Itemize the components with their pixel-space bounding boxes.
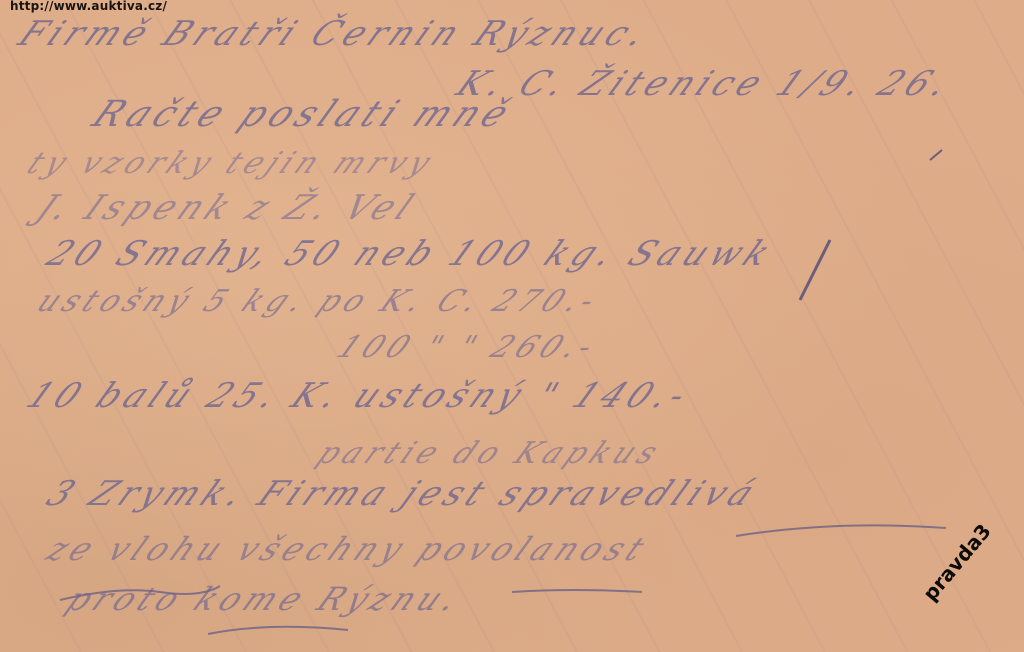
hand-line: J. Ispenk z Ž. Vel (29, 188, 425, 228)
hand-line: 3 Zrymk. Firma jest spravedlivá (39, 474, 766, 514)
hand-line: Firmě Bratři Černin Rýznuc. (11, 14, 658, 54)
hand-line: Račte poslati mně (85, 94, 521, 135)
hand-line: partie do Kapkus (311, 436, 669, 471)
hand-line: proto kome Rýznu. (60, 580, 471, 618)
watermark-url: http://www.auktiva.cz/ (10, 0, 167, 13)
hand-line: ty vzorky tejin mrvy (21, 146, 442, 181)
hand-line: K. C. Žitenice 1/9. 26. (449, 64, 960, 104)
hand-line: 10 balů 25. K. ustošný " 140.- (19, 376, 698, 416)
hand-line: ze vlohu všechny povolanost (40, 530, 657, 568)
hand-line: ustošný 5 kg. po K. C. 270.- (31, 284, 607, 319)
hand-line: 100 " " 260.- (331, 330, 605, 365)
hand-line: 20 Smahy, 50 neb 100 kg. Sauwk (39, 234, 782, 274)
